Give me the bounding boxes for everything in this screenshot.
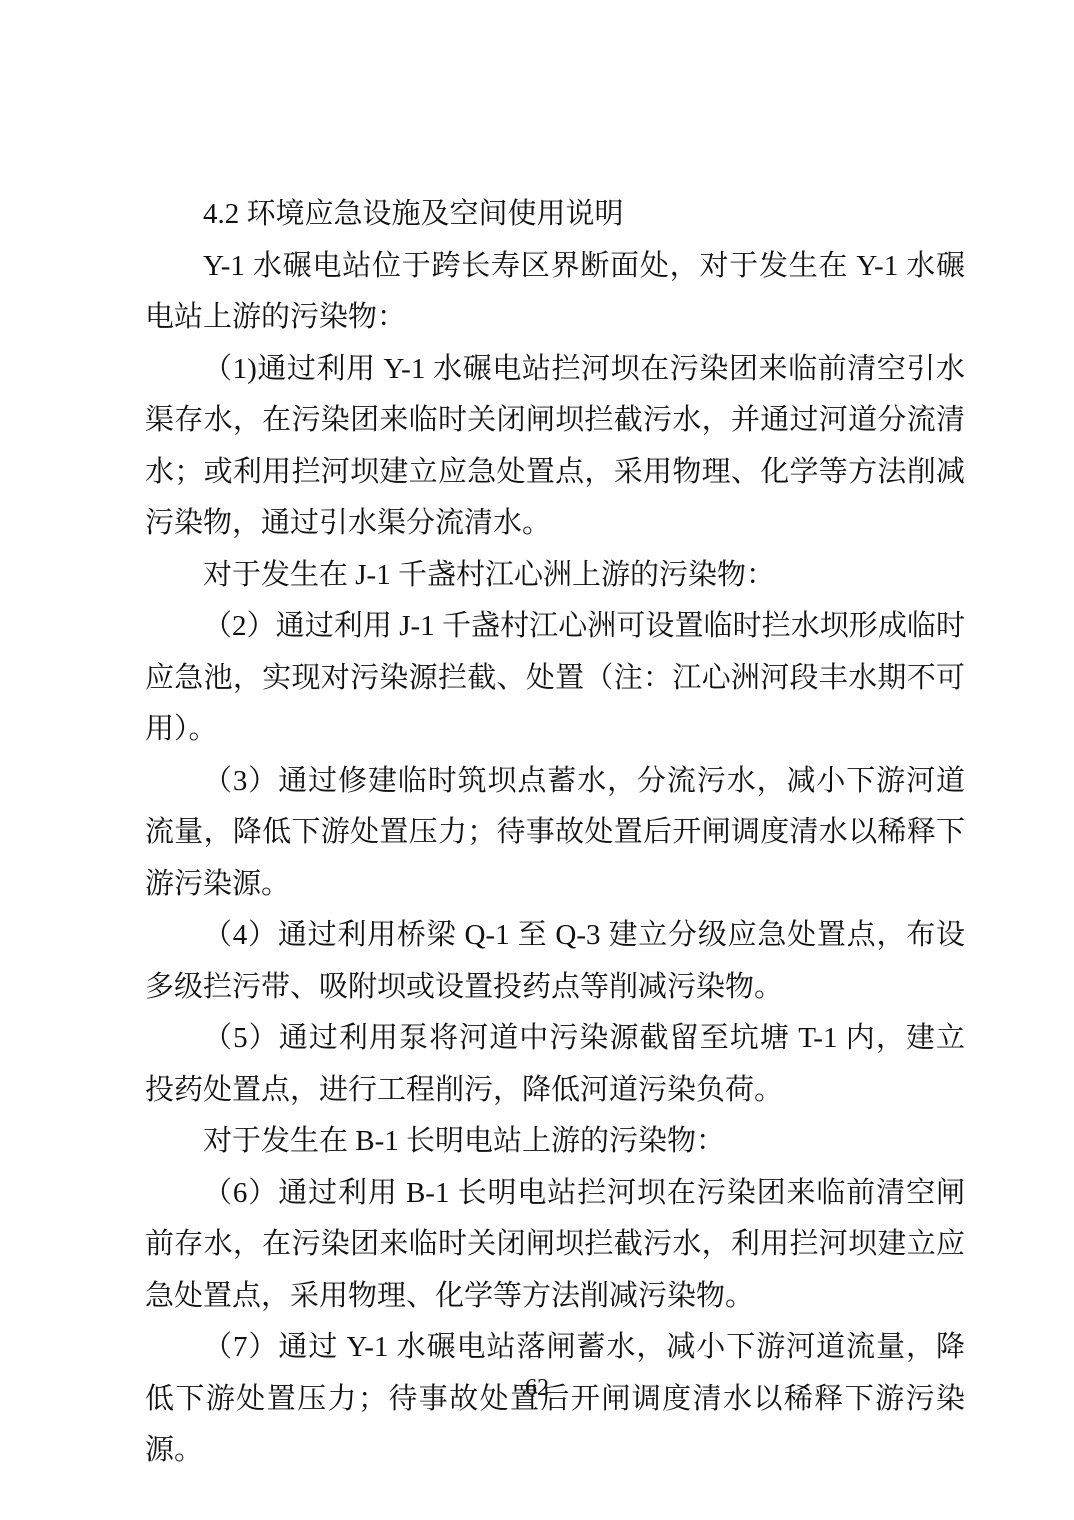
paragraph: （1)通过利用 Y-1 水碾电站拦河坝在污染团来临前清空引水渠存水，在污染团来临… — [145, 344, 965, 550]
paragraph: （5）通过利用泵将河道中污染源截留至坑塘 T-1 内，建立投药处置点，进行工程削… — [145, 1013, 965, 1116]
paragraph: 对于发生在 B-1 长明电站上游的污染物： — [145, 1116, 965, 1168]
document-page: 4.2 环境应急设施及空间使用说明 Y-1 水碾电站位于跨长寿区界断面处，对于发… — [0, 0, 1074, 1520]
paragraph: （6）通过利用 B-1 长明电站拦河坝在污染团来临前清空闸前存水，在污染团来临时… — [145, 1168, 965, 1323]
paragraph: （4）通过利用桥梁 Q-1 至 Q-3 建立分级应急处置点，布设多级拦污带、吸附… — [145, 910, 965, 1013]
paragraph: Y-1 水碾电站位于跨长寿区界断面处，对于发生在 Y-1 水碾电站上游的污染物： — [145, 241, 965, 344]
paragraph: 对于发生在 J-1 千盏村江心洲上游的污染物： — [145, 550, 965, 602]
text-block: 4.2 环境应急设施及空间使用说明 Y-1 水碾电站位于跨长寿区界断面处，对于发… — [145, 189, 965, 1477]
section-heading: 4.2 环境应急设施及空间使用说明 — [145, 189, 965, 241]
paragraph: （3）通过修建临时筑坝点蓄水，分流污水，减小下游河道流量，降低下游处置压力；待事… — [145, 756, 965, 911]
paragraph: （2）通过利用 J-1 千盏村江心洲可设置临时拦水坝形成临时应急池，实现对污染源… — [145, 601, 965, 756]
page-number: 62 — [0, 1374, 1074, 1402]
